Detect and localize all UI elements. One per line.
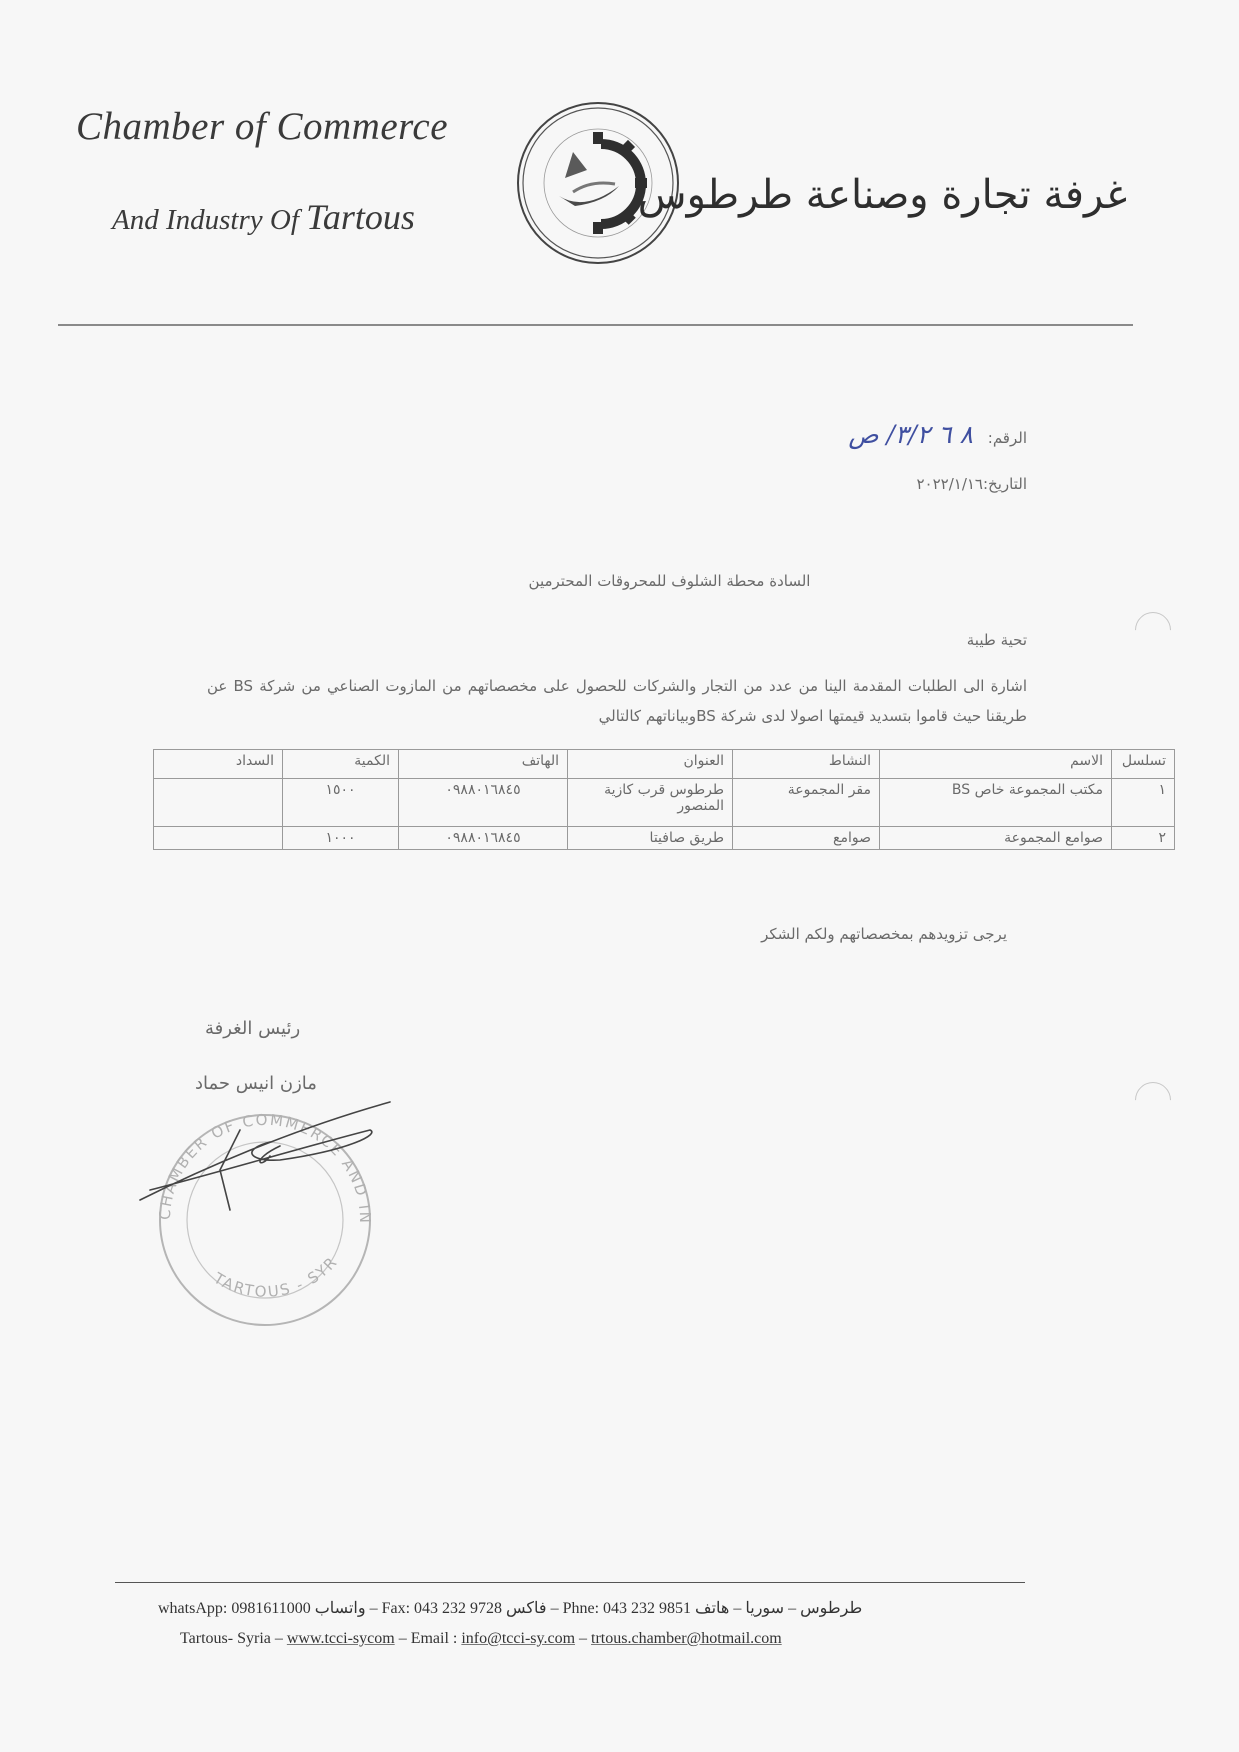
date-label: التاريخ: bbox=[983, 475, 1027, 493]
footer-whatsapp-ar: واتساب bbox=[315, 1600, 366, 1617]
table-row: ٢ صوامع المجموعة صوامع طريق صافيتا ٠٩٨٨٠… bbox=[154, 827, 1175, 850]
footer-separator: – bbox=[547, 1600, 563, 1617]
footer-separator: – bbox=[395, 1630, 411, 1647]
cell-address: طريق صافيتا bbox=[568, 827, 733, 850]
footer-city: Tartous- Syria bbox=[180, 1630, 271, 1647]
table-row: ١ مكتب المجموعة خاص BS مقر المجموعة طرطو… bbox=[154, 779, 1175, 827]
footer-separator: – bbox=[575, 1630, 591, 1647]
footer-fax-ar: فاكس bbox=[506, 1600, 547, 1617]
footer-website-link[interactable]: www.tcci-sycom bbox=[287, 1630, 395, 1647]
cell-quantity: ١٠٠٠ bbox=[283, 827, 399, 850]
punch-hole-mark bbox=[1128, 605, 1179, 656]
cell-payment bbox=[154, 779, 283, 827]
col-header-quantity: الكمية bbox=[283, 750, 399, 779]
footer-whatsapp: whatsApp: 0981611000 bbox=[158, 1600, 311, 1617]
header-subtitle-city: Tartous bbox=[306, 197, 415, 237]
footer-phone: Phne: 043 232 9851 bbox=[563, 1600, 691, 1617]
stamp-top-text: CHAMBER OF COMMERCE AND INDUSTRY bbox=[130, 1090, 374, 1225]
table-header-row: تسلسل الاسم النشاط العنوان الهاتف الكمية… bbox=[154, 750, 1175, 779]
footer-separator: – bbox=[271, 1630, 287, 1647]
header-divider bbox=[58, 324, 1133, 326]
footer-email-link-1[interactable]: info@tcci-sy.com bbox=[461, 1630, 575, 1647]
cell-phone: ٠٩٨٨٠١٦٨٤٥ bbox=[399, 779, 568, 827]
addressee: السادة محطة الشلوف للمحروقات المحترمين bbox=[0, 572, 1239, 590]
footer-separator: – bbox=[366, 1600, 382, 1617]
reference-label: الرقم: bbox=[988, 429, 1027, 447]
cell-name: مكتب المجموعة خاص BS bbox=[880, 779, 1112, 827]
cell-address: طرطوس قرب كازية المنصور bbox=[568, 779, 733, 827]
footer-web-line: Tartous- Syria – www.tcci-sycom – Email … bbox=[180, 1630, 782, 1648]
cell-serial: ١ bbox=[1112, 779, 1175, 827]
col-header-name: الاسم bbox=[880, 750, 1112, 779]
col-header-activity: النشاط bbox=[733, 750, 880, 779]
cell-payment bbox=[154, 827, 283, 850]
svg-text:CHAMBER OF COMMERCE AND INDUST: CHAMBER OF COMMERCE AND INDUSTRY bbox=[130, 1090, 374, 1225]
date-value: ٢٠٢٢/١/١٦ bbox=[916, 475, 983, 493]
signatory-title: رئيس الغرفة bbox=[205, 1018, 300, 1039]
col-header-serial: تسلسل bbox=[1112, 750, 1175, 779]
col-header-phone: الهاتف bbox=[399, 750, 568, 779]
letter-date: التاريخ:٢٠٢٢/١/١٦ bbox=[916, 475, 1027, 493]
footer-contact-line: whatsApp: 0981611000 واتساب – Fax: 043 2… bbox=[158, 1598, 862, 1618]
footer-divider bbox=[115, 1582, 1025, 1583]
cell-quantity: ١٥٠٠ bbox=[283, 779, 399, 827]
footer-email-link-2[interactable]: trtous.chamber@hotmail.com bbox=[591, 1630, 782, 1647]
col-header-payment: السداد bbox=[154, 750, 283, 779]
header-english-title: Chamber of Commerce bbox=[76, 104, 448, 149]
footer-fax: Fax: 043 232 9728 bbox=[382, 1600, 502, 1617]
punch-hole-mark bbox=[1128, 1075, 1179, 1126]
cell-activity: مقر المجموعة bbox=[733, 779, 880, 827]
cell-activity: صوامع bbox=[733, 827, 880, 850]
cell-name: صوامع المجموعة bbox=[880, 827, 1112, 850]
body-paragraph: اشارة الى الطلبات المقدمة الينا من عدد م… bbox=[207, 671, 1027, 731]
closing-line: يرجى تزويدهم بمخصصاتهم ولكم الشكر bbox=[761, 925, 1007, 943]
header-subtitle-prefix: And Industry Of bbox=[112, 204, 306, 236]
cell-serial: ٢ bbox=[1112, 827, 1175, 850]
cell-phone: ٠٩٨٨٠١٦٨٤٥ bbox=[399, 827, 568, 850]
footer-email-label: Email : bbox=[411, 1630, 458, 1647]
footer-phone-ar: طرطوس – سوريا – هاتف bbox=[695, 1600, 862, 1617]
header-arabic-title: غرفة تجارة وصناعة طرطوس bbox=[638, 172, 1127, 218]
reference-number: الرقم: ٨ ٦ ٣/٢/ ص bbox=[848, 420, 1027, 449]
header-english-subtitle: And Industry Of Tartous bbox=[112, 196, 415, 238]
greeting: تحية طيبة bbox=[967, 631, 1027, 649]
reference-handwritten-value: ٨ ٦ ٣/٢/ ص bbox=[848, 420, 973, 449]
allocation-table: تسلسل الاسم النشاط العنوان الهاتف الكمية… bbox=[153, 749, 1175, 850]
official-stamp-and-signature-icon: CHAMBER OF COMMERCE AND INDUSTRY TARTOUS… bbox=[130, 1090, 400, 1330]
col-header-address: العنوان bbox=[568, 750, 733, 779]
